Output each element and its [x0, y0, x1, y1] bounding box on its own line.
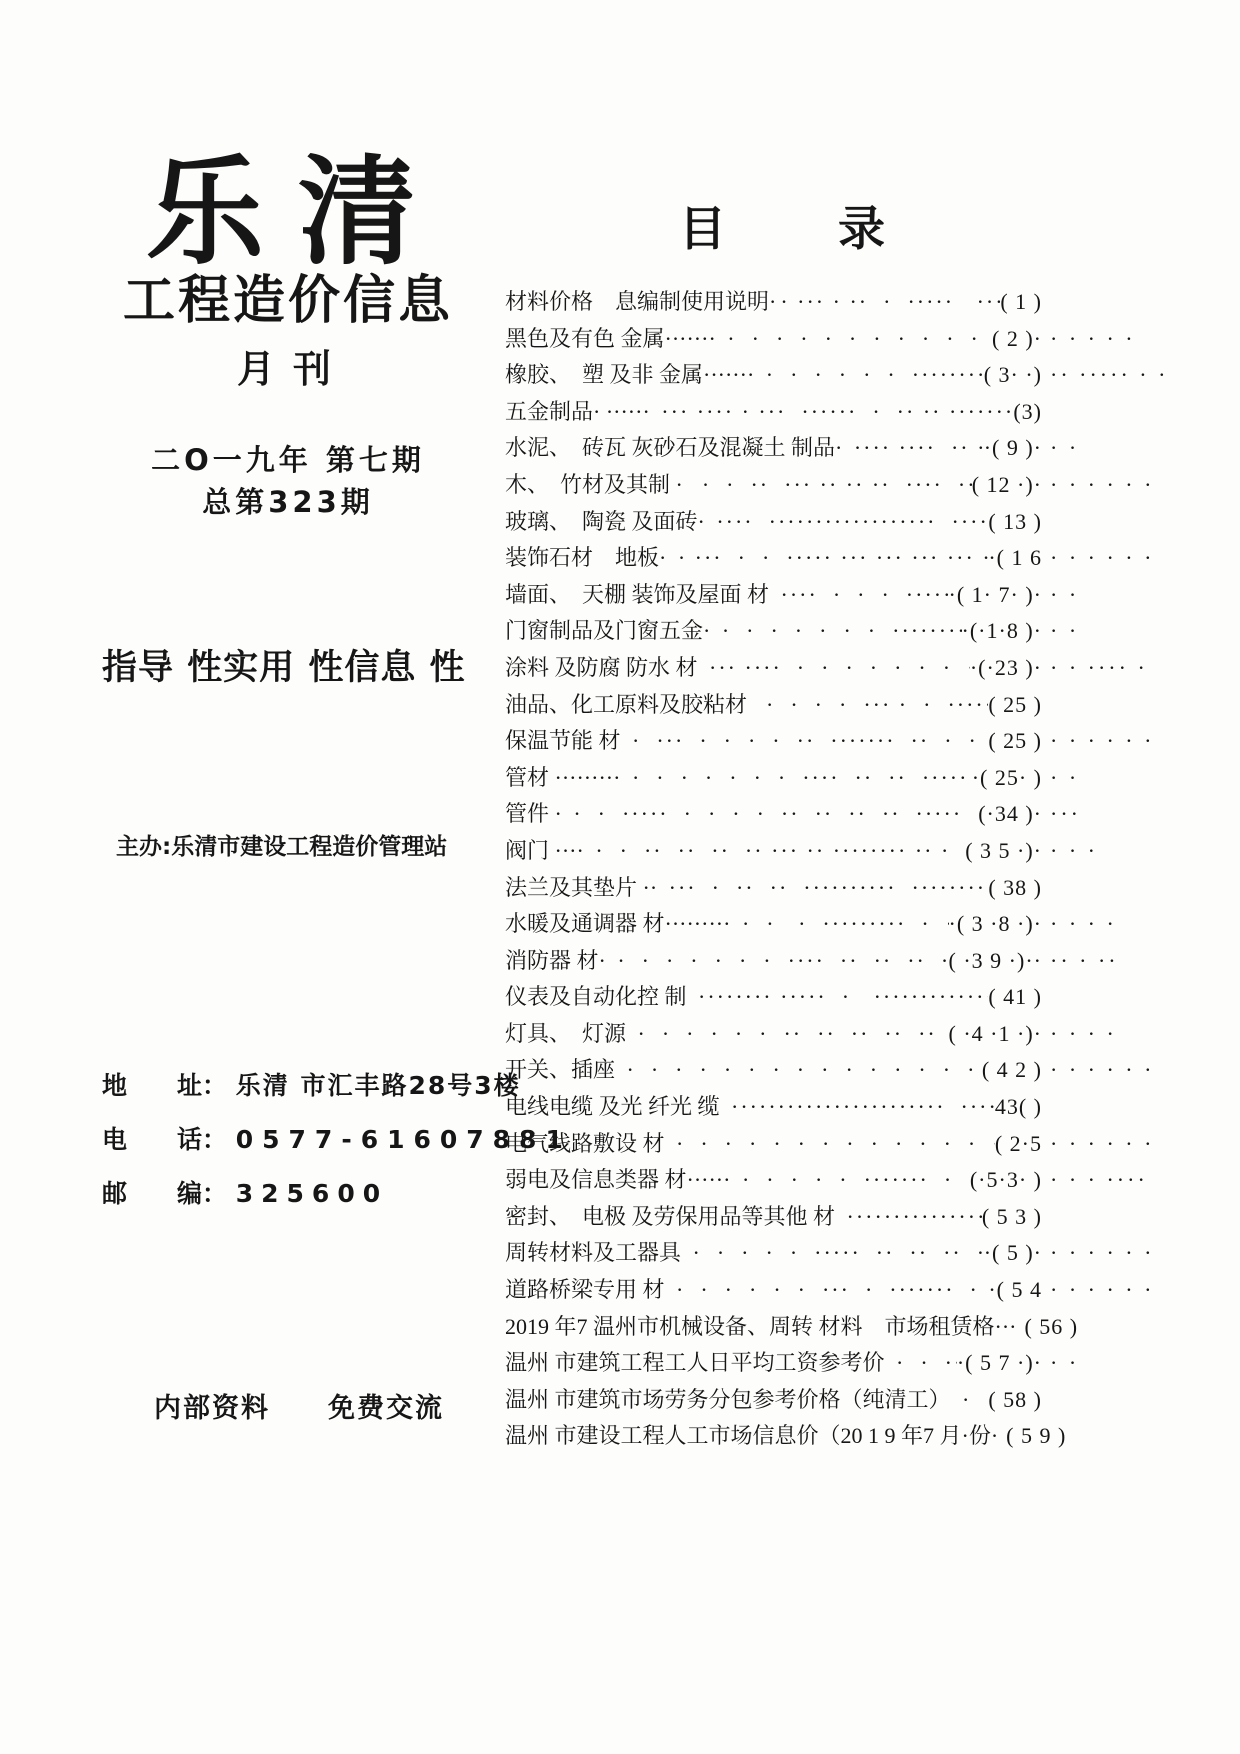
- toc-entry-page-number: (3): [1013, 394, 1042, 431]
- toc-entry-title: 温州 市建设工程人工市场信息价（20 1 9 年7 月·份·: [505, 1418, 998, 1455]
- toc-entry: 墙面、 天棚 装饰及屋面 材 ···· · · · ··············…: [505, 577, 1230, 614]
- toc-entry-trail-dots: · · · ·: [1042, 1016, 1230, 1053]
- toc-entry-trail-dots: · · · · ·: [1042, 321, 1230, 358]
- toc-entry-leader: · · · · · · · · · · · · · · · · · ·: [615, 1052, 982, 1089]
- toc-entry: 密封、 电极 及劳保用品等其他 材 ······················…: [505, 1199, 1230, 1236]
- postcode-label: 邮 编：: [102, 1174, 227, 1210]
- toc-entry: 消防器 材· · · · · · · · ···· ·· ·· ·· ·· ··…: [505, 943, 1230, 980]
- toc-entry-title: 消防器 材·: [505, 943, 606, 980]
- toc-entry-page-number: ( 2·5: [995, 1126, 1042, 1163]
- toc-entry: 2019 年7 温州市机械设备、周转 材料 市场租赁格···( 56 ): [505, 1309, 1230, 1346]
- toc-entry-page-number: ( 38 ): [988, 870, 1042, 907]
- postcode-row: 邮 编： 325600: [102, 1174, 488, 1210]
- toc-entry: 管件 · · · ····· · · · · ·· ·· ·· ·· ·····…: [505, 796, 1230, 833]
- toc-entry-title: 保温节能 材: [505, 723, 621, 760]
- toc-entry: 水泥、 砖瓦 灰砂石及混凝土 制品· ···· ···· ·· ·· ··· ·…: [505, 430, 1230, 467]
- toc-entry-page-number: ·( 25· ): [972, 760, 1042, 797]
- toc-entry-trail-dots: · · · · · ·: [1042, 467, 1230, 504]
- toc-entry: 开关、插座 · · · · · · · · · · · · · · · · · …: [505, 1052, 1230, 1089]
- toc-entry-title: 门窗制品及门窗五金·: [505, 613, 710, 650]
- toc-entry-page-number: ( 5 9 ): [1006, 1418, 1066, 1455]
- toc-entry-trail-dots: · · · · · ·: [1042, 723, 1230, 760]
- toc-entry-leader: · · · · ··· · · ····· · ·········: [747, 687, 988, 724]
- toc-entry-page-number: ( 2 )·: [992, 321, 1042, 358]
- toc-entry-leader: · · ····· · · · · ·· ·· ·· ·· ····· · · …: [562, 796, 978, 833]
- toc-entry-leader: · · · · · ····· ·· ·· ·· ·· ·· ·· ·· ···: [681, 1235, 984, 1272]
- toc-entry: 玻璃、 陶瓷 及面砖· ···· ·················· ····…: [505, 504, 1230, 541]
- toc-entry-page-number: ( 58 ): [988, 1382, 1042, 1419]
- toc-entry: 电线电缆 及光 纤光 缆 ······················· ···…: [505, 1089, 1230, 1126]
- toc-entry-page-number: ·( 3 ·8 ·)·: [949, 906, 1042, 943]
- toc-entry-page-number: (·5·3· ): [970, 1162, 1042, 1199]
- toc-entry-trail-dots: · ·: [1042, 577, 1230, 614]
- toc-entry-page-number: ·( 5 7 ·)·: [957, 1345, 1042, 1382]
- issue-year-number: 二O一九年 第七期: [88, 438, 488, 479]
- toc-entry-title: 装饰石材 地板·: [505, 540, 666, 577]
- toc-entry-leader: · · · · · · ··· · ······· · · · ·: [665, 1272, 989, 1309]
- toc-entry-leader: · · · · · · · ···· ·· ·· ·· ·· ·· ·· ·· …: [606, 943, 949, 980]
- toc-entry: 橡胶、 塑 及非 金属······· · · · · · · ·········…: [505, 357, 1230, 394]
- toc-entry-leader: · · · · · · ············ ··: [754, 357, 983, 394]
- footer-note: 内部资料 免费交流: [154, 1386, 444, 1425]
- toc-entry-page-number: ·( 5 4: [988, 1272, 1042, 1309]
- toc-entry-leader: ···· ···· ·· ·· ··· ·· ····: [842, 430, 983, 467]
- toc-entry: 灯具、 灯源 · · · · · · ·· ·· ·· ·· ·· ·· ·· …: [505, 1016, 1230, 1053]
- toc-entry: 涂料 及防腐 防水 材 ··· ···· · · · · · · · ···· …: [505, 650, 1230, 687]
- toc-entry-page-number: ( ·3 9 ·)··: [949, 943, 1042, 980]
- toc-entry-trail-dots: · ·: [1042, 760, 1230, 797]
- toc-entry: 五金制品· ······ ··· ···· · ··· ······ · ·· …: [505, 394, 1230, 431]
- toc-entry: 电气线路敷设 材 · · · · · · · · · · · · · ·( 2·…: [505, 1126, 1230, 1163]
- masthead-column: 乐清 工程造价信息 月刊 二O一九年 第七期 总第323期 指导 性实用 性信息…: [88, 0, 488, 1754]
- address-value: 乐清 市汇丰路28号3楼: [236, 1071, 521, 1100]
- toc-entry-title: 弱电及信息类器 材······: [505, 1162, 730, 1199]
- toc-entry-title: 温州 市建筑市场劳务分包参考价格（纯清工）: [505, 1382, 951, 1419]
- toc-entry: 道路桥梁专用 材 · · · · · · ··· · ······· · · ·…: [505, 1272, 1230, 1309]
- organizer-line: 主办:乐清市建设工程造价管理站: [116, 828, 447, 861]
- toc-entry-trail-dots: · · · · · ·: [1042, 1235, 1230, 1272]
- publication-subtitle: 工程造价信息: [88, 258, 488, 333]
- toc-entry-page-number: ( 3 5 ·)·: [965, 833, 1042, 870]
- toc-entry: 装饰石材 地板· · ··· · · ····· ··· ··· ··· ···…: [505, 540, 1230, 577]
- toc-entry-page-number: ·( 1· 7· )·: [949, 577, 1042, 614]
- toc-entry-leader: ···· ·················· ········ ····: [705, 504, 989, 541]
- toc-entry-title: 材料价格 息编制使用说明·: [505, 284, 776, 321]
- toc-entry-leader: · ··· · ·· · ····· ··········: [776, 284, 1000, 321]
- toc-entry-trail-dots: ···: [1042, 796, 1230, 833]
- toc-entry-title: 开关、插座: [505, 1052, 615, 1089]
- toc-entry-page-number: ·(·1·8 )·: [962, 613, 1042, 650]
- toc-entry-trail-dots: · · · · · ·: [1042, 1052, 1230, 1089]
- toc-entry: 油品、化工原料及胶粘材 · · · · ··· · · ····· · ····…: [505, 687, 1230, 724]
- toc-list: 材料价格 息编制使用说明·· ··· · ·· · ····· ········…: [505, 284, 1230, 1455]
- toc-entry-leader: ·························: [835, 1199, 982, 1236]
- periodicity-label: 月刊: [88, 338, 488, 393]
- toc-entry: 保温节能 材 · ··· · · · · ·· ······· ·· · · ·…: [505, 723, 1230, 760]
- toc-entry-leader: ··· ···· · · · · · · · ···· ·: [698, 650, 970, 687]
- toc-entry-title: 阀门 ····: [505, 833, 584, 870]
- toc-entry: 温州 市建筑市场劳务分包参考价格（纯清工） · ·······( 58 ): [505, 1382, 1230, 1419]
- toc-entry-title: 水暖及通调器 材·········: [505, 906, 730, 943]
- toc-entry-trail-dots: · · · · · ·: [1042, 540, 1230, 577]
- toc-entry-page-number: ·( 5 )·: [984, 1235, 1042, 1272]
- toc-entry: 水暖及通调器 材········· · · · ········· · · · …: [505, 906, 1230, 943]
- toc-entry-trail-dots: · ·: [1042, 613, 1230, 650]
- toc-entry-page-number: ( 1 ): [1000, 284, 1042, 321]
- toc-entry-leader: ········ ····· · ·················· ····…: [687, 979, 989, 1016]
- toc-entry: 周转材料及工器具 · · · · · ····· ·· ·· ·· ·· ·· …: [505, 1235, 1230, 1272]
- toc-entry-title: 2019 年7 温州市机械设备、周转 材料 市场租赁格···: [505, 1309, 1016, 1346]
- toc-entry-page-number: ( 12 ·)·: [972, 467, 1042, 504]
- toc-entry-leader: · · ·· ··· ·· ·· ·· ···· ·········: [683, 467, 972, 504]
- toc-entry-title: 墙面、 天棚 装饰及屋面 材: [505, 577, 769, 614]
- address-row: 地 址： 乐清 市汇丰路28号3楼: [102, 1066, 488, 1102]
- toc-entry-page-number: (·34 )·: [978, 796, 1042, 833]
- toc-entry-title: 仪表及自动化控 制: [505, 979, 687, 1016]
- toc-entry-trail-dots: · · · · · ·: [1042, 1272, 1230, 1309]
- toc-entry: 温州 市建筑工程工人日平均工资参考价 · · ·· ·· ·· ····( 5 …: [505, 1345, 1230, 1382]
- toc-entry-title: 道路桥梁专用 材: [505, 1272, 665, 1309]
- toc-entry-page-number: ( 25 ): [988, 687, 1042, 724]
- toc-entry-leader: ······················· ···· · · ··: [720, 1089, 995, 1126]
- toc-entry-page-number: ( 3· ·): [984, 357, 1042, 394]
- toc-entry-title: 密封、 电极 及劳保用品等其他 材: [505, 1199, 835, 1236]
- toc-entry: 黑色及有色 金属······· · · · · · · · · · · · · …: [505, 321, 1230, 358]
- toc-entry-leader: · · ·· ·· ·· ·· ··· ·· ········ ·· · · ·…: [584, 833, 965, 870]
- toc-entry-trail-dots: · · ·: [1042, 833, 1230, 870]
- toc-entry: 材料价格 息编制使用说明·· ··· · ·· · ····· ········…: [505, 284, 1230, 321]
- toc-entry-title: 木、 竹材及其制 ·: [505, 467, 683, 504]
- toc-entry: 仪表及自动化控 制 ········ ····· · ·············…: [505, 979, 1230, 1016]
- toc-entry: 阀门 ···· · · ·· ·· ·· ·· ··· ·· ········ …: [505, 833, 1230, 870]
- toc-entry-title: 橡胶、 塑 及非 金属·······: [505, 357, 754, 394]
- toc-entry-leader: · · · · · ······· · · · · · ·: [730, 1162, 969, 1199]
- toc-entry-leader: · ··· · · · · ·· ······· ·· · · · · · ·: [621, 723, 989, 760]
- toc-entry-leader: · · · · · · · · · · · · · ·: [665, 1126, 995, 1163]
- toc-entry-leader: · · · · · · ·· ·· ·· ·· ·· ·· ·· ·· ·· ·…: [626, 1016, 949, 1053]
- toc-entry-page-number: ( 56 ): [1024, 1309, 1078, 1346]
- toc-entry-leader: · ·······: [951, 1382, 989, 1419]
- toc-entry-title: 电气线路敷设 材: [505, 1126, 665, 1163]
- toc-entry-page-number: ( 41 ): [988, 979, 1042, 1016]
- contact-block: 地 址： 乐清 市汇丰路28号3楼 电 话： 0577-61607881 邮 编…: [102, 1066, 488, 1228]
- phone-label: 电 话：: [102, 1120, 227, 1156]
- toc-entry-page-number: 43( ): [995, 1089, 1042, 1126]
- toc-entry-trail-dots: · · · ····: [1042, 1162, 1230, 1199]
- toc-entry-title: 涂料 及防腐 防水 材: [505, 650, 698, 687]
- toc-entry-title: 管材 ·········: [505, 760, 620, 797]
- toc-entry-title: 五金制品· ······: [505, 394, 650, 431]
- toc-entry-title: 管件 ·: [505, 796, 562, 833]
- toc-entry-leader: · · · · · · · · · · · · · ···: [716, 321, 992, 358]
- toc-entry-leader: ···· · · · ·····················: [769, 577, 949, 614]
- toc-entry-page-number: ( 4 2 ): [982, 1052, 1042, 1089]
- toc-entry-title: 周转材料及工器具: [505, 1235, 681, 1272]
- toc-entry-trail-dots: · ·: [1042, 430, 1230, 467]
- postcode-value: 325600: [236, 1179, 388, 1208]
- toc-column: 目 录 材料价格 息编制使用说明·· ··· · ·· · ····· ····…: [505, 0, 1230, 1754]
- toc-entry-leader: · · · ········· · · · ·: [730, 906, 948, 943]
- toc-entry-page-number: ·( 9 )·: [984, 430, 1042, 467]
- toc-entry-page-number: ( ·4 ·1 ·)·: [949, 1016, 1042, 1053]
- toc-entry-trail-dots: · ·: [1042, 1345, 1230, 1382]
- toc-entry-title: 油品、化工原料及胶粘材: [505, 687, 747, 724]
- toc-entry-page-number: ( 13 ): [988, 504, 1042, 541]
- toc-entry-leader: · · · · · · · ·············· ·· ··· ··: [710, 613, 961, 650]
- toc-entry-page-number: ·( 1 6: [988, 540, 1042, 577]
- toc-entry-title: 灯具、 灯源: [505, 1016, 626, 1053]
- toc-entry-trail-dots: · · · ·: [1042, 906, 1230, 943]
- toc-entry-trail-dots: · · · · · ·: [1042, 1126, 1230, 1163]
- scanned-page: 乐清 工程造价信息 月刊 二O一九年 第七期 总第323期 指导 性实用 性信息…: [0, 0, 1240, 1754]
- toc-entry: 木、 竹材及其制 · · · ·· ··· ·· ·· ·· ···· ····…: [505, 467, 1230, 504]
- toc-entry-page-number: ( 25 ): [988, 723, 1042, 760]
- toc-heading: 目 录: [505, 192, 1065, 259]
- issue-total-number: 总第323期: [88, 480, 488, 521]
- toc-entry-trail-dots: ·· · ··: [1042, 943, 1230, 980]
- phone-row: 电 话： 0577-61607881: [102, 1120, 488, 1156]
- toc-entry-title: 水泥、 砖瓦 灰砂石及混凝土 制品·: [505, 430, 842, 467]
- toc-entry: 管材 ········· · · · · · · · ···· ·· ·· ··…: [505, 760, 1230, 797]
- toc-entry-leader: · · · · · · · ···· ·· ·· ····· ·· ·· ·· …: [620, 760, 971, 797]
- address-label: 地 址：: [102, 1066, 227, 1102]
- toc-entry-page-number: ·(·23 )·: [970, 650, 1042, 687]
- toc-entry-trail-dots: · · ···· ·: [1042, 650, 1230, 687]
- toc-entry: 门窗制品及门窗五金· · · · · · · · ·············· …: [505, 613, 1230, 650]
- toc-entry: 法兰及其垫片 ·· ··· · ·· ·· ·········· ·······…: [505, 870, 1230, 907]
- toc-entry-leader: · · ·· ·· ·· ···: [885, 1345, 957, 1382]
- toc-entry-title: 黑色及有色 金属·······: [505, 321, 716, 358]
- toc-entry-title: 玻璃、 陶瓷 及面砖·: [505, 504, 705, 541]
- toc-entry-title: 温州 市建筑工程工人日平均工资参考价: [505, 1345, 885, 1382]
- toc-entry-title: 法兰及其垫片 ··: [505, 870, 657, 907]
- toc-entry: 弱电及信息类器 材······ · · · · · ······· · · · …: [505, 1162, 1230, 1199]
- toc-entry-page-number: ( 5 3 ): [982, 1199, 1042, 1236]
- toc-entry-leader: · ··· · · ····· ··· ··· ··· ··· ··· · · …: [666, 540, 988, 577]
- toc-entry: 温州 市建设工程人工市场信息价（20 1 9 年7 月·份·( 5 9 ): [505, 1418, 1230, 1455]
- toc-entry-title: 电线电缆 及光 纤光 缆: [505, 1089, 720, 1126]
- toc-entry-leader: ··· · ·· ·· ·········· ·········· ······…: [657, 870, 988, 907]
- toc-entry-trail-dots: ·· ····· · ·: [1042, 357, 1230, 394]
- slogan-text: 指导 性实用 性信息 性: [102, 640, 466, 690]
- toc-entry-leader: ··· ···· · ··· ······ · ·· ·· ··········…: [650, 394, 1014, 431]
